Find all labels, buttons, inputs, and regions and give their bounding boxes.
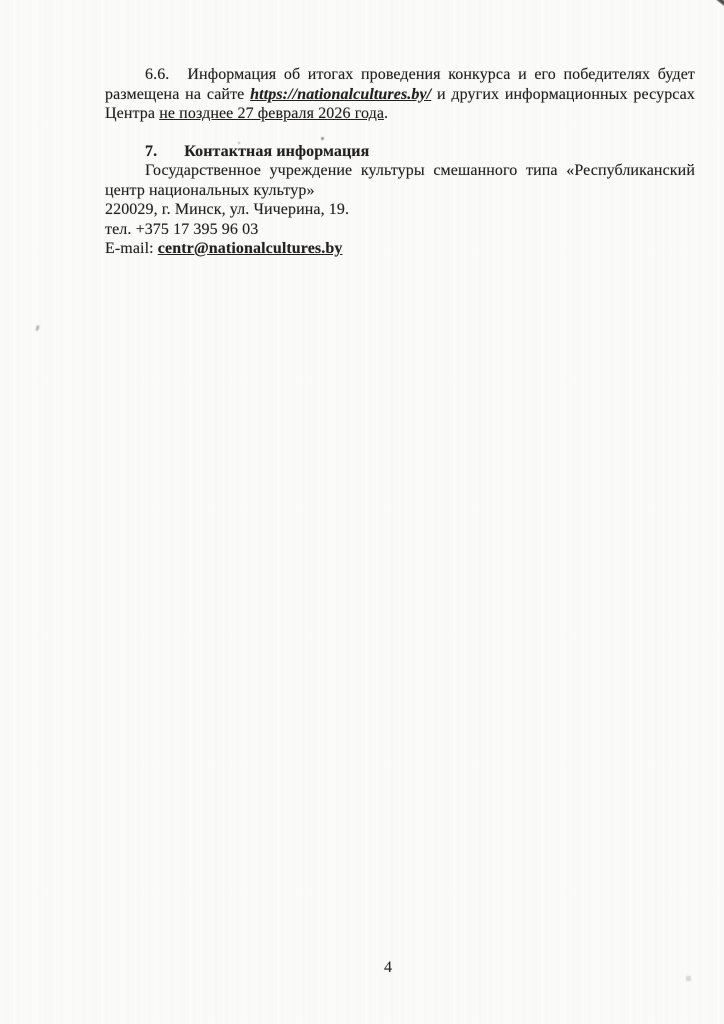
website-link: https://nationalcultures.by/ [250,86,431,103]
email-label: E-mail: [105,240,158,257]
phone-line: тел. +375 17 395 96 03 [105,220,695,240]
page-number: 4 [384,959,392,977]
section-7-number: 7. [145,143,157,160]
address-line: 220029, г. Минск, ул. Чичерина, 19. [105,200,695,220]
document-body: 6.6.Информация об итогах проведения конк… [105,65,695,259]
scan-speck [238,142,240,144]
organization-paragraph: Государственное учреждение культуры смеш… [105,161,695,200]
scan-corner-artifact [712,0,724,7]
clause-6-6-number: 6.6. [145,66,169,83]
email-address: centr@nationalcultures.by [158,240,343,257]
scan-speck [321,137,324,140]
email-line: E-mail: centr@nationalcultures.by [105,239,695,259]
scan-speck [35,325,40,332]
section-7-title: Контактная информация [184,143,369,160]
section-7-heading: 7.Контактная информация [105,142,695,162]
scan-speck [686,976,691,981]
scanned-document-page: 6.6.Информация об итогах проведения конк… [0,0,724,1024]
deadline-text: не позднее 27 февраля 2026 года [159,105,384,122]
clause-6-6-text-after: . [384,105,388,122]
clause-6-6-paragraph: 6.6.Информация об итогах проведения конк… [105,65,695,124]
